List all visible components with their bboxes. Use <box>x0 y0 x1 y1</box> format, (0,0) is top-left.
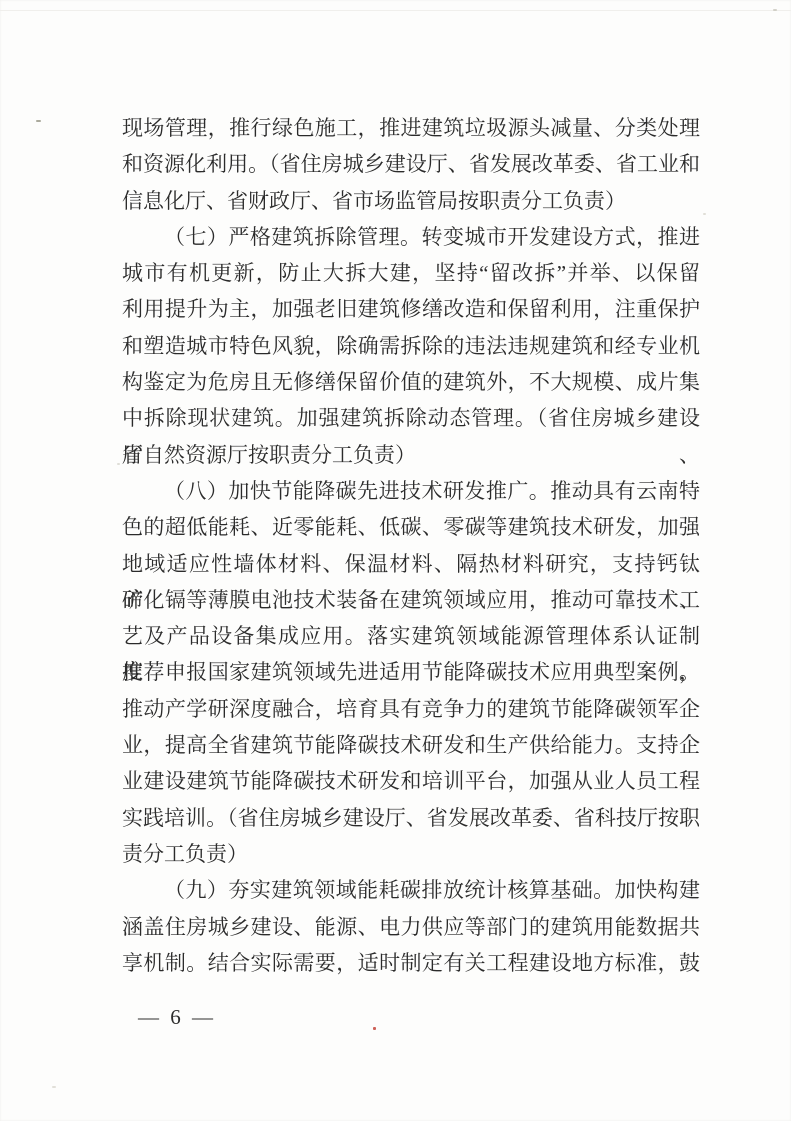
document-page: 现场管理，推行绿色施工，推进建筑垃圾源头减量、分类处理 和资源化利用。（省住房城… <box>0 0 791 1121</box>
text-line: 色的超低能耗、近零能耗、低碳、零碳等建筑技术研发，加强 <box>122 509 700 545</box>
text-line: 和资源化利用。（省住房城乡建设厅、省发展改革委、省工业和 <box>122 146 700 182</box>
text-line: 信息化厅、省财政厅、省市场监管局按职责分工负责） <box>122 183 700 219</box>
scan-edge-line <box>0 10 791 11</box>
paragraph-item-8: （八）加快节能降碳先进技术研发推广。推动具有云南特 色的超低能耗、近零能耗、低碳… <box>122 473 700 872</box>
text-line: 业，提高全省建筑节能降碳技术研发和生产供给能力。支持企 <box>122 727 700 763</box>
text-line: （八）加快节能降碳先进技术研发推广。推动具有云南特 <box>122 473 700 509</box>
text-line: 实践培训。（省住房城乡建设厅、省发展改革委、省科技厅按职 <box>122 800 700 836</box>
document-text-block: 现场管理，推行绿色施工，推进建筑垃圾源头减量、分类处理 和资源化利用。（省住房城… <box>122 110 700 981</box>
text-line: 现场管理，推行绿色施工，推进建筑垃圾源头减量、分类处理 <box>122 110 700 146</box>
text-line: 和塑造城市特色风貌，除确需拆除的违法违规建筑和经专业机 <box>122 328 700 364</box>
scan-speck <box>703 213 706 215</box>
text-line: 城市有机更新，防止大拆大建，坚持“留改拆”并举、以保留 <box>122 255 700 291</box>
scan-speck <box>36 120 41 122</box>
page-number: — 6 — <box>138 1003 216 1031</box>
text-line: 地域适应性墙体材料、保温材料、隔热材料研究，支持钙钛矿、 <box>122 546 700 582</box>
text-line: （九）夯实建筑领域能耗碳排放统计核算基础。加快构建 <box>122 872 700 908</box>
text-line: 责分工负责） <box>122 836 700 872</box>
text-line: 推荐申报国家建筑领域先进适用节能降碳技术应用典型案例。 <box>122 654 700 690</box>
text-line: 业建设建筑节能降碳技术研发和培训平台，加强从业人员工程 <box>122 763 700 799</box>
text-line: 推动产学研深度融合，培育具有竞争力的建筑节能降碳领军企 <box>122 691 700 727</box>
scan-speck <box>117 463 120 465</box>
text-line: 中拆除现状建筑。加强建筑拆除动态管理。（省住房城乡建设厅、 <box>122 400 700 436</box>
text-line: 利用提升为主，加强老旧建筑修缮改造和保留利用，注重保护 <box>122 291 700 327</box>
scan-speck <box>373 1027 376 1030</box>
scan-speck <box>52 1086 56 1088</box>
paragraph-item-7: （七）严格建筑拆除管理。转变城市开发建设方式，推进 城市有机更新，防止大拆大建，… <box>122 219 700 473</box>
text-line: 涵盖住房城乡建设、能源、电力供应等部门的建筑用能数据共 <box>122 909 700 945</box>
text-line: 构鉴定为危房且无修缮保留价值的建筑外，不大规模、成片集 <box>122 364 700 400</box>
paragraph-item-9: （九）夯实建筑领域能耗碳排放统计核算基础。加快构建 涵盖住房城乡建设、能源、电力… <box>122 872 700 981</box>
text-line: （七）严格建筑拆除管理。转变城市开发建设方式，推进 <box>122 219 700 255</box>
paragraph-continued: 现场管理，推行绿色施工，推进建筑垃圾源头减量、分类处理 和资源化利用。（省住房城… <box>122 110 700 219</box>
text-line: 艺及产品设备集成应用。落实建筑领域能源管理体系认证制度， <box>122 618 700 654</box>
text-line: 碲化镉等薄膜电池技术装备在建筑领域应用，推动可靠技术工 <box>122 582 700 618</box>
text-line: 享机制。结合实际需要，适时制定有关工程建设地方标准，鼓 <box>122 945 700 981</box>
